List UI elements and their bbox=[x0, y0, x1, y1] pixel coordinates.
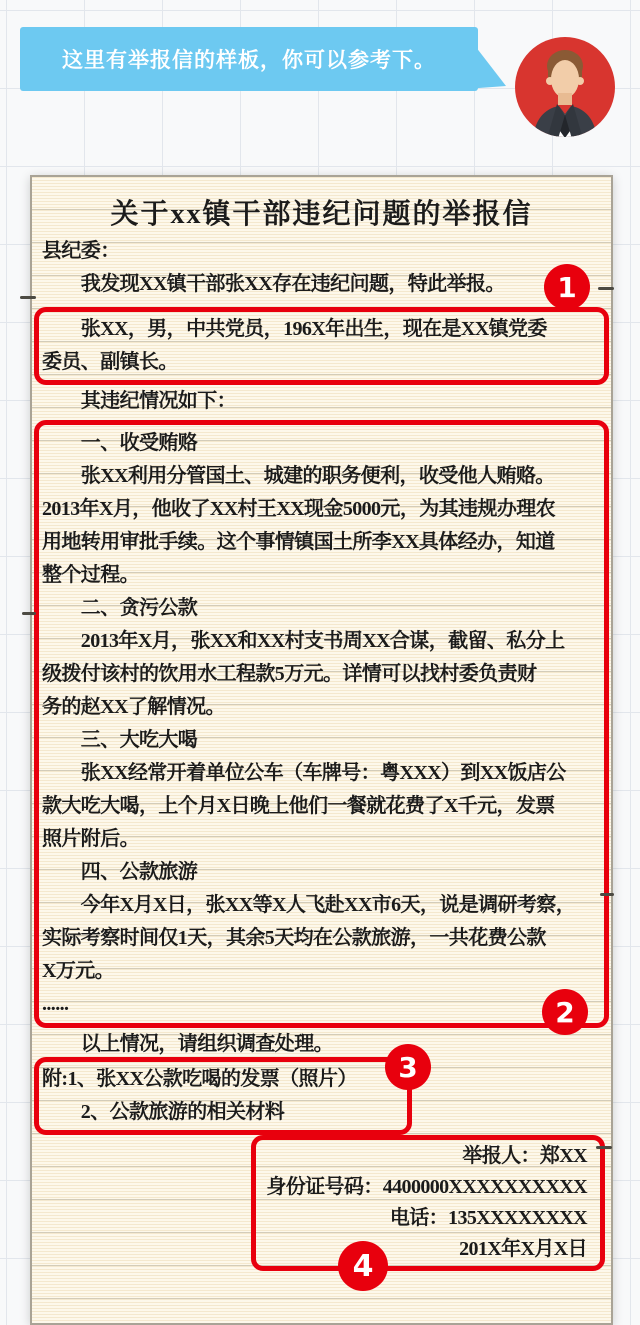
letter-text-line: 一、收受贿赂 bbox=[40, 427, 603, 460]
letter-text-line: 用地转用审批手续。这个事情镇国土所李XX具体经办，知道 bbox=[40, 526, 603, 559]
letter-text-line: 照片附后。 bbox=[40, 823, 603, 856]
letter-text-line: 四、公款旅游 bbox=[40, 856, 603, 889]
speech-bubble: 这里有举报信的样板，你可以参考下。 bbox=[20, 27, 478, 91]
letter-text-line: 张XX经常开着单位公车（车牌号：粤XXX）到XX饭店公 bbox=[40, 757, 603, 790]
tutorial-page: 这里有举报信的样板，你可以参考下。 关 bbox=[0, 0, 640, 1325]
letter-text-line: 电话：135XXXXXXXX bbox=[257, 1203, 599, 1234]
letter-text-line: 张XX利用分管国土、城建的职务便利，收受他人贿赂。 bbox=[40, 460, 603, 493]
letter-text-line: 实际考察时间仅1天，其余5天均在公款旅游，一共花费公款 bbox=[40, 922, 603, 955]
letter-text-line: 二、贪污公款 bbox=[40, 592, 603, 625]
signature-lines: 举报人：郑XX身份证号码：4400000XXXXXXXXXX电话：135XXXX… bbox=[257, 1141, 599, 1265]
letter-text-line: 今年X月X日，张XX等X人飞赴XX市6天，说是调研考察， bbox=[40, 889, 603, 922]
annotation-box-3: 附:1、张XX公款吃喝的发票（照片） 2、公款旅游的相关材料 3 bbox=[34, 1057, 412, 1135]
letter-text-line: 款大吃大喝，上个月X日晚上他们一餐就花费了X千元，发票 bbox=[40, 790, 603, 823]
letter-intro: 我发现XX镇干部张XX存在违纪问题，特此举报。 bbox=[40, 268, 603, 301]
annotation-box-2: 一、收受贿赂 张XX利用分管国土、城建的职务便利，收受他人贿赂。2013年X月，… bbox=[34, 420, 609, 1028]
paper-edge-mark bbox=[22, 612, 36, 615]
letter-text-line: 张XX，男，中共党员，196X年出生，现在是XX镇党委 bbox=[40, 313, 603, 346]
letter-text-line: 2、公款旅游的相关材料 bbox=[40, 1096, 406, 1129]
letter-paper: 关于xx镇干部违纪问题的举报信 县纪委： 我发现XX镇干部张XX存在违纪问题，特… bbox=[30, 175, 613, 1325]
attachment-lines: 附:1、张XX公款吃喝的发票（照片） 2、公款旅游的相关材料 bbox=[40, 1063, 406, 1129]
letter-text-line: 三、大吃大喝 bbox=[40, 724, 603, 757]
letter-text-line: X万元。 bbox=[40, 955, 603, 988]
paper-edge-mark bbox=[20, 296, 36, 299]
letter-title: 关于xx镇干部违纪问题的举报信 bbox=[40, 195, 603, 235]
letter-text-line: 委员、副镇长。 bbox=[40, 346, 603, 379]
letter-text-line: 整个过程。 bbox=[40, 559, 603, 592]
letter-text-line: 2013年X月，他收了XX村王XX现金5000元，为其违规办理农 bbox=[40, 493, 603, 526]
annotation-badge-1: 1 bbox=[544, 264, 590, 310]
letter-text-line: 务的赵XX了解情况。 bbox=[40, 691, 603, 724]
annotation-badge-3: 3 bbox=[385, 1044, 431, 1090]
letter-text-line: 2013年X月，张XX和XX村支书周XX合谋，截留、私分上 bbox=[40, 625, 603, 658]
letter-lead-in: 其违纪情况如下： bbox=[40, 385, 603, 418]
letter-text-line: 201X年X月X日 bbox=[257, 1234, 599, 1265]
letter-text-line: 身份证号码：4400000XXXXXXXXXX bbox=[257, 1172, 599, 1203]
annotation-box-4: 举报人：郑XX身份证号码：4400000XXXXXXXXXX电话：135XXXX… bbox=[251, 1135, 605, 1271]
letter-text-line: 级拨付该村的饮用水工程款5万元。详情可以找村委负责财 bbox=[40, 658, 603, 691]
paper-edge-mark bbox=[596, 1146, 612, 1149]
paper-edge-mark bbox=[598, 287, 614, 290]
paper-edge-mark bbox=[600, 893, 614, 896]
profile-lines: 张XX，男，中共党员，196X年出生，现在是XX镇党委委员、副镇长。 bbox=[40, 313, 603, 379]
advisor-avatar bbox=[515, 37, 615, 137]
violation-lines: 一、收受贿赂 张XX利用分管国土、城建的职务便利，收受他人贿赂。2013年X月，… bbox=[40, 427, 603, 1021]
speech-bubble-text: 这里有举报信的样板，你可以参考下。 bbox=[62, 44, 436, 74]
annotation-badge-2: 2 bbox=[542, 989, 588, 1035]
letter-text-line: ...... bbox=[40, 988, 603, 1021]
letter-salutation: 县纪委： bbox=[40, 235, 603, 268]
man-in-suit-icon bbox=[515, 37, 615, 137]
annotation-badge-4: 4 bbox=[338, 1241, 388, 1291]
annotation-box-1: 张XX，男，中共党员，196X年出生，现在是XX镇党委委员、副镇长。 1 bbox=[34, 307, 609, 385]
letter-text-line: 附:1、张XX公款吃喝的发票（照片） bbox=[40, 1063, 406, 1096]
letter-text-line: 举报人：郑XX bbox=[257, 1141, 599, 1172]
